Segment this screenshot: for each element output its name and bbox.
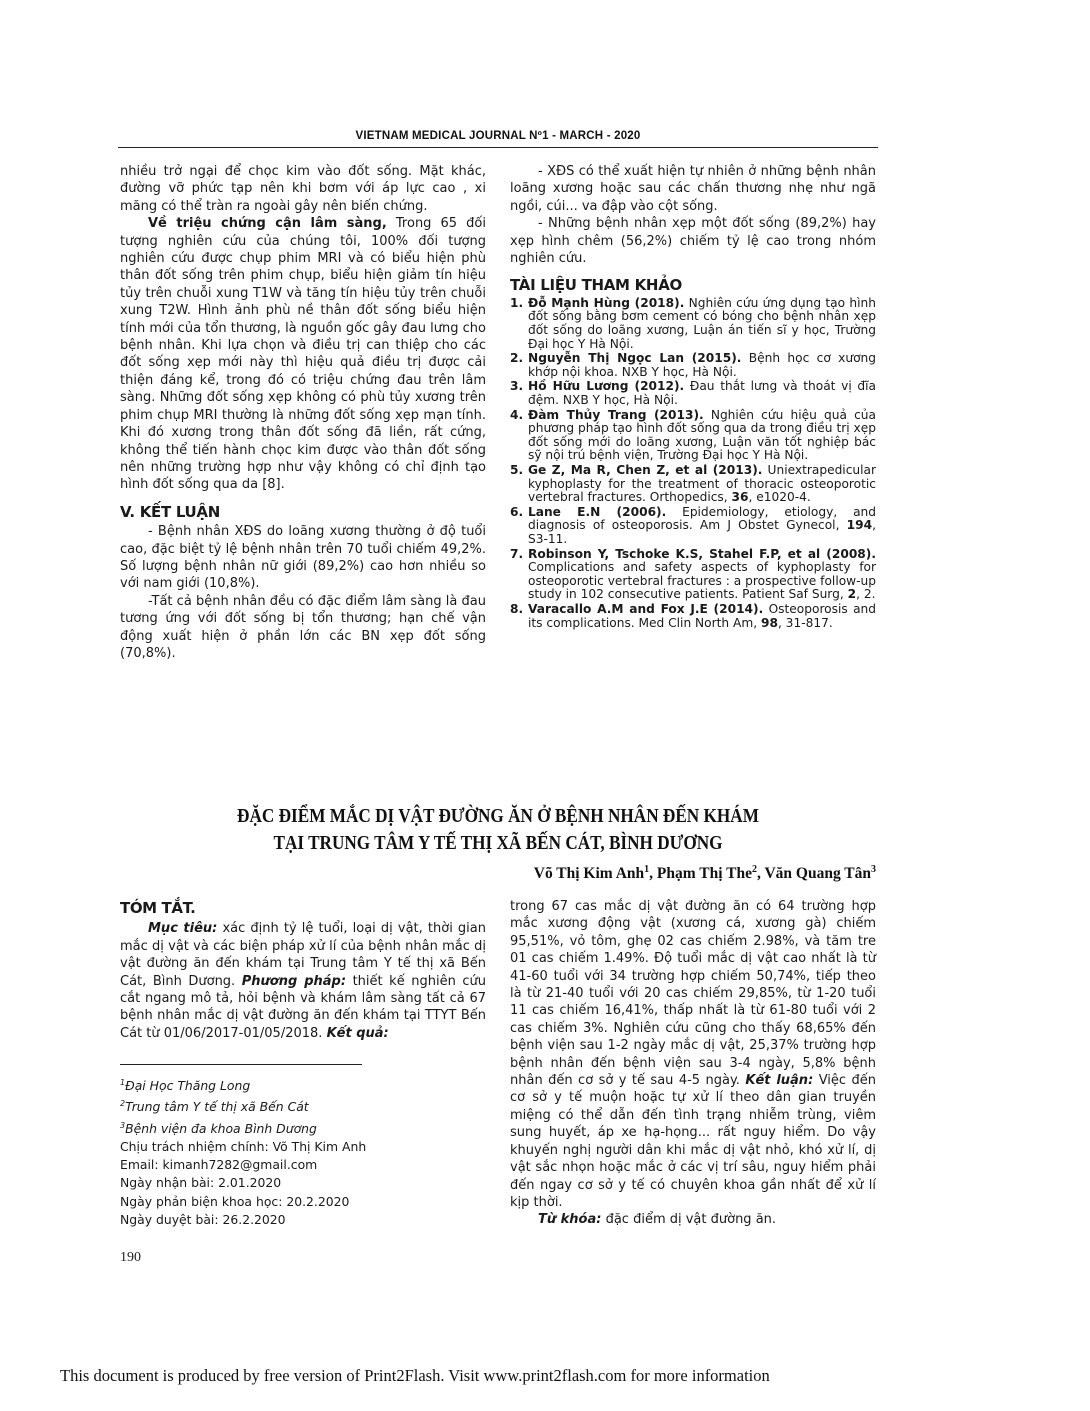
reference-item: 7.Robinson Y, Tschoke K.S, Stahel F.P, e… [510,548,876,602]
abstract-label-results: Kết quả: [327,1026,389,1041]
abstract-label-conclusion: Kết luận: [745,1073,813,1088]
reference-text: Complications and safety aspects of kyph… [528,560,876,601]
article-title-line: ĐẶC ĐIỂM MẮC DỊ VẬT ĐƯỜNG ĂN Ở BỆNH NHÂN… [173,803,823,830]
author-affiliation-mark: 2 [752,864,757,875]
reference-list: 1.Đỗ Mạnh Hùng (2018). Nghiên cứu ứng dụ… [510,297,876,630]
abstract-conclusion-text: Việc đến cơ sở y tế muộn hoặc tự xử lí t… [510,1073,876,1210]
reference-volume: 98 [761,616,778,630]
author-name: Võ Thị Kim Anh [534,865,644,882]
conclusion-item: - Những bệnh nhân xẹp một đốt sống (89,2… [510,215,876,267]
conclusion-item: - Bệnh nhân XĐS do loãng xương thường ở … [120,523,486,593]
affiliation-name: Bệnh viện đa khoa Bình Dương [125,1121,317,1136]
abstract-label-objective: Mục tiêu: [148,921,217,936]
reference-authors: Robinson Y, Tschoke K.S, Stahel F.P, et … [528,547,876,561]
reference-volume: 36 [732,490,749,504]
header-rule [118,147,878,148]
reference-item: 2.Nguyễn Thị Ngọc Lan (2015). Bệnh học c… [510,352,876,379]
article-title-line: TẠI TRUNG TÂM Y TẾ THỊ XÃ BẾN CÁT, BÌNH … [173,830,823,857]
reference-authors: Hồ Hữu Lương (2012). [528,379,684,393]
reference-number: 1. [510,297,523,311]
affiliation: 2Trung tâm Y tế thị xã Bến Cát [120,1095,486,1116]
abstract-results-text: trong 67 cas mắc dị vật đường ăn có 64 t… [510,899,876,1088]
author-line: Võ Thị Kim Anh1, Phạm Thị The2, Văn Quan… [534,864,876,883]
abstract-label-methods: Phương pháp: [242,974,346,989]
reference-number: 6. [510,506,523,520]
right-column-top: - XĐS có thể xuất hiện tự nhiên ở những … [510,163,876,631]
conclusion-item: -Tất cả bệnh nhân đều có đặc điểm lâm sà… [120,593,486,663]
author-affiliation-mark: 3 [871,864,876,875]
reference-volume: 194 [847,518,872,532]
reference-volume: 2 [848,587,856,601]
left-column-top: nhiều trở ngại để chọc kim vào đốt sống.… [120,163,486,662]
reference-item: 8.Varacallo A.M and Fox J.E (2014). Oste… [510,603,876,630]
date-reviewed: Ngày phản biện khoa học: 20.2.2020 [120,1193,486,1211]
contact-email: Email: kimanh7282@gmail.com [120,1156,486,1174]
date-received: Ngày nhận bài: 2.01.2020 [120,1174,486,1192]
keywords-label: Từ khóa: [538,1212,601,1227]
reference-authors: Đàm Thủy Trang (2013). [528,408,704,422]
abstract-paragraph: Mục tiêu: xác định tỷ lệ tuổi, loại dị v… [120,920,486,1042]
affiliation: 3Bệnh viện đa khoa Bình Dương [120,1117,486,1138]
journal-page: VIETNAM MEDICAL JOURNAL Nº1 - MARCH - 20… [0,0,1090,1411]
reference-pages: , e1020-4. [748,490,810,504]
footnote-rule [120,1064,362,1065]
paragraph-body: Trong 65 đối tượng nghiên cứu của chúng … [120,216,486,492]
keywords-paragraph: Từ khóa: đặc điểm dị vật đường ăn. [510,1211,876,1228]
reference-number: 2. [510,352,523,366]
footnotes: 1Đại Học Thăng Long 2Trung tâm Y tế thị … [120,1074,486,1229]
paragraph-paraclinical: Về triệu chứng cận lâm sàng, Trong 65 đố… [120,215,486,494]
reference-authors: Đỗ Mạnh Hùng (2018). [528,296,684,310]
reference-number: 4. [510,409,523,423]
reference-authors: Lane E.N (2006). [528,505,666,519]
paragraph-continuation: nhiều trở ngại để chọc kim vào đốt sống.… [120,163,486,215]
author-name: Văn Quang Tân [764,865,871,882]
reference-pages: , 31-817. [778,616,833,630]
section-heading-references: TÀI LIỆU THAM KHẢO [510,277,876,294]
reference-authors: Nguyễn Thị Ngọc Lan (2015). [528,351,741,365]
keywords-text: đặc điểm dị vật đường ăn. [601,1212,776,1227]
affiliation: 1Đại Học Thăng Long [120,1074,486,1095]
affiliation-name: Đại Học Thăng Long [125,1078,250,1093]
abstract-left-column: TÓM TẮT. Mục tiêu: xác định tỷ lệ tuổi, … [120,900,486,1042]
date-accepted: Ngày duyệt bài: 26.2.2020 [120,1211,486,1229]
reference-number: 8. [510,603,523,617]
section-heading-conclusion: V. KẾT LUẬN [120,504,486,521]
reference-authors: Ge Z, Ma R, Chen Z, et al (2013). [528,463,762,477]
reference-number: 5. [510,464,523,478]
author-name: Phạm Thị The [657,865,752,882]
reference-authors: Varacallo A.M and Fox J.E (2014). [528,602,763,616]
running-head: VIETNAM MEDICAL JOURNAL Nº1 - MARCH - 20… [118,130,878,142]
conclusion-item: - XĐS có thể xuất hiện tự nhiên ở những … [510,163,876,215]
responsible-author: Chịu trách nhiệm chính: Võ Thị Kim Anh [120,1138,486,1156]
abstract-paragraph: trong 67 cas mắc dị vật đường ăn có 64 t… [510,898,876,1211]
abstract-heading: TÓM TẮT. [120,900,486,917]
affiliation-name: Trung tâm Y tế thị xã Bến Cát [125,1099,309,1114]
reference-item: 1.Đỗ Mạnh Hùng (2018). Nghiên cứu ứng dụ… [510,297,876,351]
article-title: ĐẶC ĐIỂM MẮC DỊ VẬT ĐƯỜNG ĂN Ở BỆNH NHÂN… [173,803,823,857]
reference-number: 3. [510,380,523,394]
reference-item: 5.Ge Z, Ma R, Chen Z, et al (2013). Unie… [510,464,876,505]
reference-item: 6.Lane E.N (2006). Epidemiology, etiolog… [510,506,876,547]
reference-number: 7. [510,548,523,562]
paragraph-lead: Về triệu chứng cận lâm sàng, [148,216,387,231]
page-number: 190 [120,1250,141,1266]
author-affiliation-mark: 1 [644,864,649,875]
reference-item: 4.Đàm Thủy Trang (2013). Nghiên cứu hiệu… [510,409,876,463]
reference-item: 3.Hồ Hữu Lương (2012). Đau thắt lưng và … [510,380,876,407]
watermark-notice: This document is produced by free versio… [60,1366,770,1386]
reference-pages: , 2. [856,587,875,601]
abstract-right-column: trong 67 cas mắc dị vật đường ăn có 64 t… [510,898,876,1229]
